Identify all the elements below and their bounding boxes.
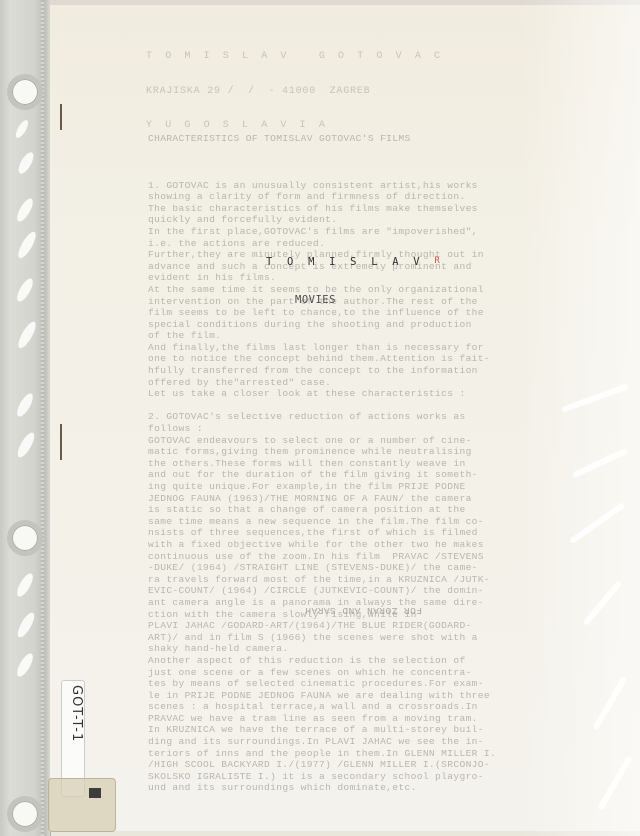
body-line [148, 400, 496, 412]
tape-piece [48, 778, 116, 832]
punch-hole [7, 74, 43, 110]
body-line: -DUKE/ (1964) /STRAIGHT LINE (STEVENS-DU… [148, 562, 496, 574]
body-line: and out for the duration of the film giv… [148, 469, 496, 481]
body-line: ART)/ and in film S (1966) the scenes we… [148, 632, 496, 644]
sleeve-glare [16, 150, 37, 176]
body-line: i.e. the actions are reduced. [148, 238, 496, 250]
body-line: hfully transferred from the concept to t… [148, 365, 496, 377]
sleeve-rib [41, 0, 44, 836]
body-line: PLAVI JAHAC /GODARD-ART/(1964)/THE BLUE … [148, 620, 496, 632]
body-line: film seems to be left to chance,to the i… [148, 307, 496, 319]
sleeve-glare [14, 196, 36, 224]
body-line: shaky hand-held camera. [148, 643, 496, 655]
punch-hole [7, 520, 43, 556]
staple-mark [60, 104, 62, 130]
mirrored-bleed-through-text: FOR ZORAN AND SARAH [305, 605, 422, 616]
body-line: In KRUZNICA we have the terrace of a mul… [148, 724, 496, 736]
body-line: follows : [148, 423, 496, 435]
body-line: scenes : a hospital terrace,a wall and a… [148, 701, 496, 713]
sleeve-glare [15, 430, 38, 459]
overlay-subtitle: MOVIES [295, 294, 336, 306]
sleeve-glare [14, 651, 36, 679]
body-line: teriors of inns and the people in them.I… [148, 748, 496, 760]
body-line: le in PRIJE PODNE JEDNOG FAUNA we are de… [148, 690, 496, 702]
document-body: CHARACTERISTICS OF TOMISLAV GOTOVAC'S FI… [148, 110, 496, 806]
body-line: GOTOVAC endeavours to select one or a nu… [148, 435, 496, 447]
tape-mark [89, 788, 101, 798]
body-line: JEDNOG FAUNA (1963)/THE MORNING OF A FAU… [148, 493, 496, 505]
body-line: of the film. [148, 330, 496, 342]
body-line: Let us take a closer look at these chara… [148, 388, 496, 400]
body-line: offered by the"arrested" case. [148, 377, 496, 389]
sleeve-glare [14, 118, 31, 139]
overlay-name: T O M I S L A V R [266, 256, 444, 268]
document-title: CHARACTERISTICS OF TOMISLAV GOTOVAC'S FI… [148, 133, 496, 145]
body-line: showing a clarity of form and firmness o… [148, 191, 496, 203]
overlay-name-text: T O M I S L A V [266, 256, 424, 268]
body-line: the others.These forms will then constan… [148, 458, 496, 470]
body-line: And finally,the films last longer than i… [148, 342, 496, 354]
body-line: with a fixed objective while for the oth… [148, 539, 496, 551]
body-line: 1. GOTOVAC is an unusually consistent ar… [148, 180, 496, 192]
sleeve-glare [14, 391, 36, 419]
body-line: same time means a new sequence in the fi… [148, 516, 496, 528]
sleeve-glare [15, 610, 38, 639]
binder-sleeve-strip [0, 0, 51, 836]
body-line: ing quite unique.For example,in the film… [148, 481, 496, 493]
body-line: In the first place,GOTOVAC's films are "… [148, 226, 496, 238]
overlay-name-accent: R [434, 256, 444, 266]
body-line: special conditions during the shooting a… [148, 319, 496, 331]
body-line: is static so that a change of camera pos… [148, 504, 496, 516]
sleeve-glare [15, 320, 39, 351]
body-line: continuous use of the zoom.In his film P… [148, 551, 496, 563]
body-line: matic forms,giving them prominence while… [148, 446, 496, 458]
body-line: 2. GOTOVAC's selective reduction of acti… [148, 411, 496, 423]
body-line: Another aspect of this reduction is the … [148, 655, 496, 667]
body-line: ra travels forward most of the time,in a… [148, 574, 496, 586]
staple-mark [60, 424, 62, 460]
sleeve-glare [15, 230, 39, 261]
letterhead-address: KRAJISKA 29 / / - 41000 ZAGREB [146, 86, 444, 98]
sleeve-glare [14, 571, 36, 599]
body-line: one to notice the concept behind them.At… [148, 353, 496, 365]
body-line [148, 168, 496, 180]
body-line: The basic characteristics of his films m… [148, 203, 496, 215]
sleeve-glare [14, 276, 36, 304]
body-line: nsists of three sequences,the first of w… [148, 527, 496, 539]
body-line: ding and its surroundings.In PLAVI JAHAC… [148, 736, 496, 748]
body-line: /HIGH SCOOL BACKYARD I./(1977) /GLENN MI… [148, 759, 496, 771]
body-line: PRAVAC we have a tram line as seen from … [148, 713, 496, 725]
body-line: quickly and forcefully evident. [148, 214, 496, 226]
body-line: und and its surroundings which dominate,… [148, 782, 496, 794]
body-line: EVIC-COUNT/ (1964) /CIRCLE (JUTKEVIC-COU… [148, 585, 496, 597]
body-line: SKOLSKO IGRALISTE I.) it is a secondary … [148, 771, 496, 783]
body-line: just one scene or a few scenes on which … [148, 667, 496, 679]
letterhead-name: T O M I S L A V G O T O V A C [146, 51, 444, 63]
body-line: evident in his films. [148, 272, 496, 284]
body-line: tes by means of selected cinematic proce… [148, 678, 496, 690]
punch-hole [7, 796, 43, 832]
